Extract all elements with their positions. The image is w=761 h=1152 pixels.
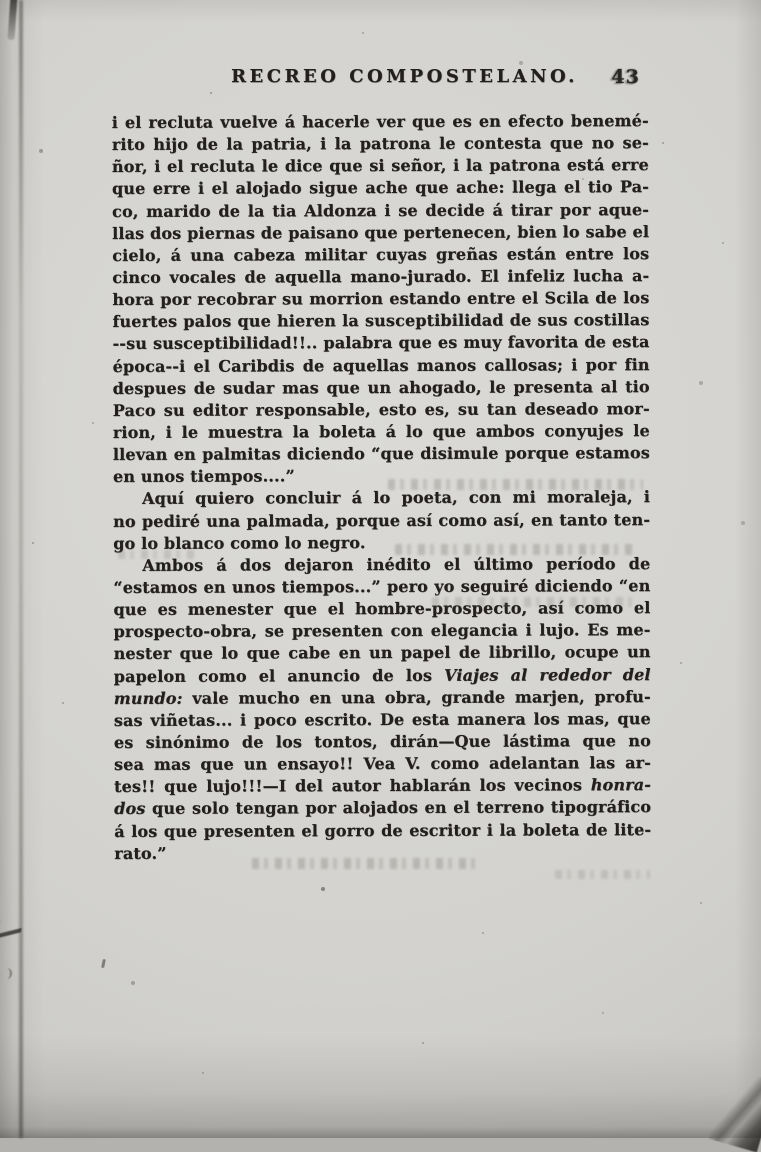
text-segment: papelon como el anuncio de los [114,665,445,685]
text-segment: Aquí quiero concluir á lo poeta, con mi … [142,487,650,508]
text-line: co, marido de la tia Aldonza i se decide… [112,199,649,223]
text-segment: en unos tiempos....” [113,467,295,487]
ink-mark-top-left [7,0,17,40]
bleedthrough-smudge [555,870,650,879]
text-line: “estamos en unos tiempos...” pero yo seg… [113,575,650,599]
text-line: tes!! que lujo!!!—I del autor hablarán l… [114,774,651,798]
bleedthrough-smudge [395,544,635,555]
text-segment: nester que lo que cabe en un papel de li… [114,642,651,663]
text-line: rion, i le muestra la boleta á lo que am… [113,420,650,444]
text-line: mundo: vale mucho en una obra, grande ma… [114,686,651,710]
text-segment: llas dos piernas de paisano que pertenec… [112,222,649,243]
text-line: Aquí quiero concluir á lo poeta, con mi … [113,486,650,510]
page-curl-shadow [709,1068,761,1138]
text-segment: Paco su editor responsable, esto es, su … [113,399,650,420]
text-line: sas viñetas... i poco escrito. De esta m… [114,708,651,732]
text-line: es sinónimo de los tontos, dirán—Que lás… [114,730,651,754]
text-segment: que erre i el alojado sigue ache que ach… [112,177,649,198]
bleedthrough-smudge [118,550,198,559]
text-segment: no pediré una palmada, porque así como a… [113,510,650,531]
text-segment: prospecto-obra, se presenten con eleganc… [113,620,650,641]
text-line: llas dos piernas de paisano que pertenec… [112,221,649,245]
text-segment: despues de sudar mas que un ahogado, le … [113,377,650,398]
text-line: Paco su editor responsable, esto es, su … [113,398,650,422]
text-segment: “estamos en unos tiempos...” pero yo seg… [113,576,650,597]
text-segment: que solo tengan por alojados en el terre… [145,797,651,818]
text-segment: sas viñetas... i poco escrito. De esta m… [114,709,651,730]
text-line: llevan en palmitas diciendo “que disimul… [113,442,650,466]
bleedthrough-smudge [388,479,643,490]
text-line: ñor, i el recluta le dice que si señor, … [112,154,649,178]
text-line: fuertes palos que hieren la susceptibili… [112,309,649,333]
ink-mark-left-small [2,968,12,979]
bleedthrough-smudge [252,858,482,869]
text-line: hora por recobrar su morrion estando ent… [112,287,649,311]
text-segment: llevan en palmitas diciendo “que disimul… [113,443,650,464]
text-segment: vale mucho en una obra, grande marjen, p… [183,687,651,708]
text-line: prospecto-obra, se presenten con eleganc… [113,619,650,643]
ink-speck [101,959,106,968]
text-line: dos que solo tengan por alojados en el t… [114,796,651,820]
text-line: sea mas que un ensayo!! Vea V. como adel… [114,752,651,776]
text-line: época--i el Caribdis de aquellas manos c… [113,354,650,378]
page-header: RECREO COMPOSTELANO. 43 [113,66,650,92]
text-line: no pediré una palmada, porque así como a… [113,509,650,533]
bleedthrough-smudge [432,597,637,607]
text-segment: cinco vocales de aquella mano-jurado. El… [112,266,649,287]
text-line: nester que lo que cabe en un papel de li… [114,641,651,665]
text-segment: rito hijo de la patria, i la patrona le … [112,133,649,154]
text-line: cielo, á una cabeza militar cuyas greñas… [112,243,649,267]
text-segment: Ambos á dos dejaron inédito el último pe… [142,554,650,575]
page-crease [19,0,23,1138]
text-line: que erre i el alojado sigue ache que ach… [112,176,649,200]
text-segment: mundo: [114,688,183,707]
text-line: rito hijo de la patria, i la patrona le … [112,132,649,156]
text-line: despues de sudar mas que un ahogado, le … [113,376,650,400]
text-line: cinco vocales de aquella mano-jurado. El… [112,265,649,289]
text-segment: dos [114,799,145,818]
text-segment: i el recluta vuelve á hacerle ver que es… [112,111,649,132]
scanned-page: RECREO COMPOSTELANO. 43 i el recluta vue… [0,0,761,1138]
text-segment: sea mas que un ensayo!! Vea V. como adel… [114,753,651,774]
page-number: 43 [612,66,640,88]
text-segment: es sinónimo de los tontos, dirán—Que lás… [114,731,651,752]
text-segment: cielo, á una cabeza militar cuyas greñas… [112,244,649,265]
text-segment: honra- [591,775,651,794]
text-segment: á los que presenten el gorro de escritor… [114,820,651,841]
text-segment: rion, i le muestra la boleta á lo que am… [113,421,650,442]
text-line: papelon como el anuncio de los Viajes al… [114,664,651,688]
text-segment: ñor, i el recluta le dice que si señor, … [112,155,649,176]
running-title: RECREO COMPOSTELANO. [113,66,650,87]
text-line: i el recluta vuelve á hacerle ver que es… [112,110,649,134]
text-segment: --su susceptibilidad!!.. palabra que es … [112,332,649,353]
text-segment: época--i el Caribdis de aquellas manos c… [113,355,650,376]
text-line: á los que presenten el gorro de escritor… [114,819,651,843]
text-segment: Viajes al rededor del [444,665,651,685]
text-segment: co, marido de la tia Aldonza i se decide… [112,200,649,221]
text-line: --su susceptibilidad!!.. palabra que es … [112,331,649,355]
text-segment: rato.” [114,843,166,862]
text-segment: tes!! que lujo!!!—I del autor hablarán l… [114,775,591,796]
text-segment: fuertes palos que hieren la susceptibili… [112,310,649,331]
paper-specks [0,0,2,2]
text-segment: hora por recobrar su morrion estando ent… [112,288,649,309]
